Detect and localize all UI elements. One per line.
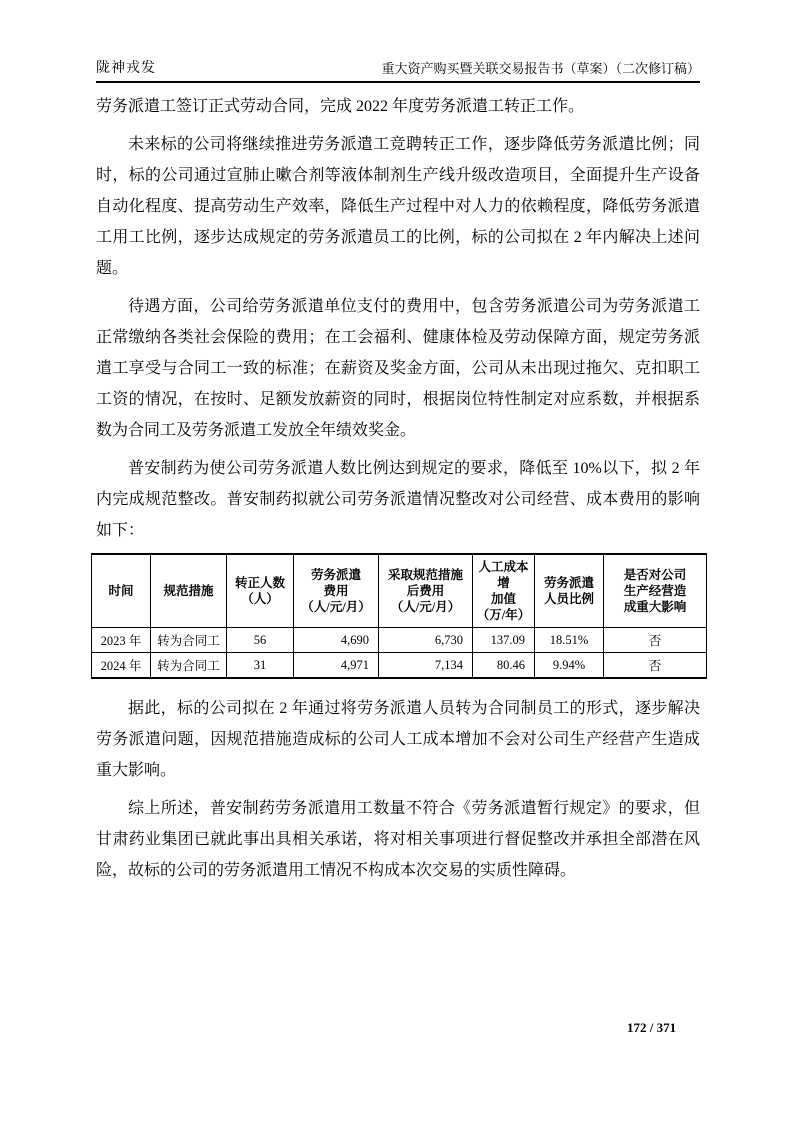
cell-time: 2024 年 (92, 653, 151, 679)
table-row-2024: 2024 年 转为合同工 31 4,971 7,134 80.46 9.94% … (92, 653, 707, 679)
labor-dispatch-rectification-table: 时间 规范措施 转正人数 （人） 劳务派遣 费用 （人/元/月） 采取规范措施 … (91, 553, 707, 679)
cell-time: 2023 年 (92, 628, 151, 653)
cell-measure: 转为合同工 (151, 628, 227, 653)
cell-labor-cost-increase: 137.09 (473, 628, 535, 653)
document-body: 劳务派遣工签订正式劳动合同，完成 2022 年度劳务派遣工转正工作。 未来标的公… (96, 91, 700, 893)
cell-dispatch-ratio: 9.94% (535, 653, 604, 679)
cell-fee-after-measure: 7,134 (379, 653, 473, 679)
cell-fee-after-measure: 6,730 (379, 628, 473, 653)
cell-converted-count: 56 (227, 628, 294, 653)
paragraph-treatment: 待遇方面，公司给劳务派遣单位支付的费用中，包含劳务派遣公司为劳务派遣工正常缴纳各… (96, 291, 700, 446)
cell-major-impact: 否 (604, 653, 707, 679)
paragraph-future-plan: 未来标的公司将继续推进劳务派遣工竞聘转正工作，逐步降低劳务派遣比例；同时，标的公… (96, 129, 700, 284)
cell-dispatch-fee: 4,690 (294, 628, 379, 653)
cell-labor-cost-increase: 80.46 (473, 653, 535, 679)
table-header-dispatch-ratio: 劳务派遣 人员比例 (535, 554, 604, 628)
header-company-name: 陇神戎发 (96, 57, 156, 77)
table-header-fee-after-measure: 采取规范措施 后费用 （人/元/月） (379, 554, 473, 628)
header-document-title: 重大资产购买暨关联交易报告书（草案）（二次修订稿） (381, 58, 700, 77)
cell-measure: 转为合同工 (151, 653, 227, 679)
page-header: 陇神戎发 重大资产购买暨关联交易报告书（草案）（二次修订稿） (96, 57, 700, 83)
paragraph-rectification-intro: 普安制药为使公司劳务派遣人数比例达到规定的要求，降低至 10%以下，拟 2 年内… (96, 453, 700, 546)
cell-dispatch-ratio: 18.51% (535, 628, 604, 653)
page-number: 172 / 371 (627, 1020, 676, 1036)
table-header-measure: 规范措施 (151, 554, 227, 628)
cell-major-impact: 否 (604, 628, 707, 653)
table-header-major-impact: 是否对公司 生产经营造 成重大影响 (604, 554, 707, 628)
table-header-dispatch-fee: 劳务派遣 费用 （人/元/月） (294, 554, 379, 628)
paragraph-conclusion-cost: 据此，标的公司拟在 2 年通过将劳务派遣人员转为合同制员工的形式，逐步解决劳务派… (96, 693, 700, 786)
table-row-2023: 2023 年 转为合同工 56 4,690 6,730 137.09 18.51… (92, 628, 707, 653)
table-header-converted-count: 转正人数 （人） (227, 554, 294, 628)
table-header-row: 时间 规范措施 转正人数 （人） 劳务派遣 费用 （人/元/月） 采取规范措施 … (92, 554, 707, 628)
table-header-labor-cost-increase: 人工成本增 加值 （万/年） (473, 554, 535, 628)
document-page: 陇神戎发 重大资产购买暨关联交易报告书（草案）（二次修订稿） 劳务派遣工签订正式… (0, 0, 793, 1122)
cell-dispatch-fee: 4,971 (294, 653, 379, 679)
paragraph-summary: 综上所述，普安制药劳务派遣用工数量不符合《劳务派遣暂行规定》的要求，但甘肃药业集… (96, 793, 700, 886)
paragraph-contract-completion: 劳务派遣工签订正式劳动合同，完成 2022 年度劳务派遣工转正工作。 (96, 91, 700, 122)
table-header-time: 时间 (92, 554, 151, 628)
cell-converted-count: 31 (227, 653, 294, 679)
